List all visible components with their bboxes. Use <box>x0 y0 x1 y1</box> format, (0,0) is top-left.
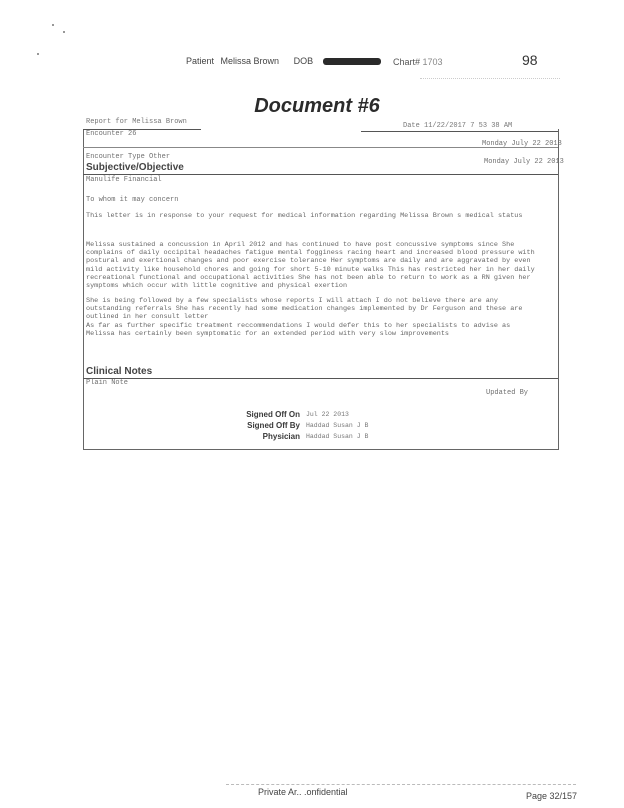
paragraph: Melissa sustained a concussion in April … <box>86 241 541 290</box>
dob-label: DOB <box>294 56 314 66</box>
salutation: To whom it may concern <box>86 196 178 204</box>
chart-label: Chart# <box>393 57 420 67</box>
signoff-label: Signed Off By <box>200 421 300 430</box>
document-title: Document #6 <box>0 95 624 118</box>
divider <box>83 147 558 148</box>
encounter-date-2: Monday July 22 2013 <box>484 158 564 166</box>
updated-by: Updated By <box>486 389 528 397</box>
chart-value: 1703 <box>423 57 443 67</box>
paragraph: As far as further specific treatment rec… <box>86 322 541 338</box>
page-number: 98 <box>522 52 538 68</box>
signoff-value: Haddad Susan J B <box>306 433 368 440</box>
note-type: Plain Note <box>86 379 128 387</box>
divider <box>361 131 558 132</box>
report-for: Report for Melissa Brown <box>86 118 187 126</box>
recipient: Manulife Financial <box>86 176 162 184</box>
signoff-label: Signed Off On <box>200 410 300 419</box>
paragraph: This letter is in response to your reque… <box>86 212 526 220</box>
scan-speck <box>63 31 65 33</box>
redacted-dob <box>323 58 381 65</box>
paragraph: She is being followed by a few specialis… <box>86 297 546 322</box>
page-counter: Page 32/157 <box>526 791 577 801</box>
divider <box>420 78 560 79</box>
divider <box>83 378 558 379</box>
scan-speck <box>37 53 39 55</box>
signoff-label: Physician <box>200 432 300 441</box>
signoff-value: Jul 22 2013 <box>306 411 349 418</box>
footer-divider <box>226 784 576 785</box>
scan-speck <box>52 24 54 26</box>
patient-header: Patient Melissa Brown DOB <box>186 56 313 66</box>
scan-artifact <box>17 14 25 60</box>
clinical-notes-heading: Clinical Notes <box>86 366 152 377</box>
divider <box>83 174 558 175</box>
chart-number: Chart# 1703 <box>393 57 443 67</box>
confidential-notice: Private Ar.. .onfidential <box>258 787 348 797</box>
encounter-id: Encounter 26 <box>86 130 136 138</box>
subjective-heading: Subjective/Objective <box>86 162 184 173</box>
patient-label: Patient <box>186 56 214 66</box>
encounter-type: Encounter Type Other <box>86 153 170 161</box>
patient-name: Melissa Brown <box>221 56 280 66</box>
signoff-value: Haddad Susan J B <box>306 422 368 429</box>
